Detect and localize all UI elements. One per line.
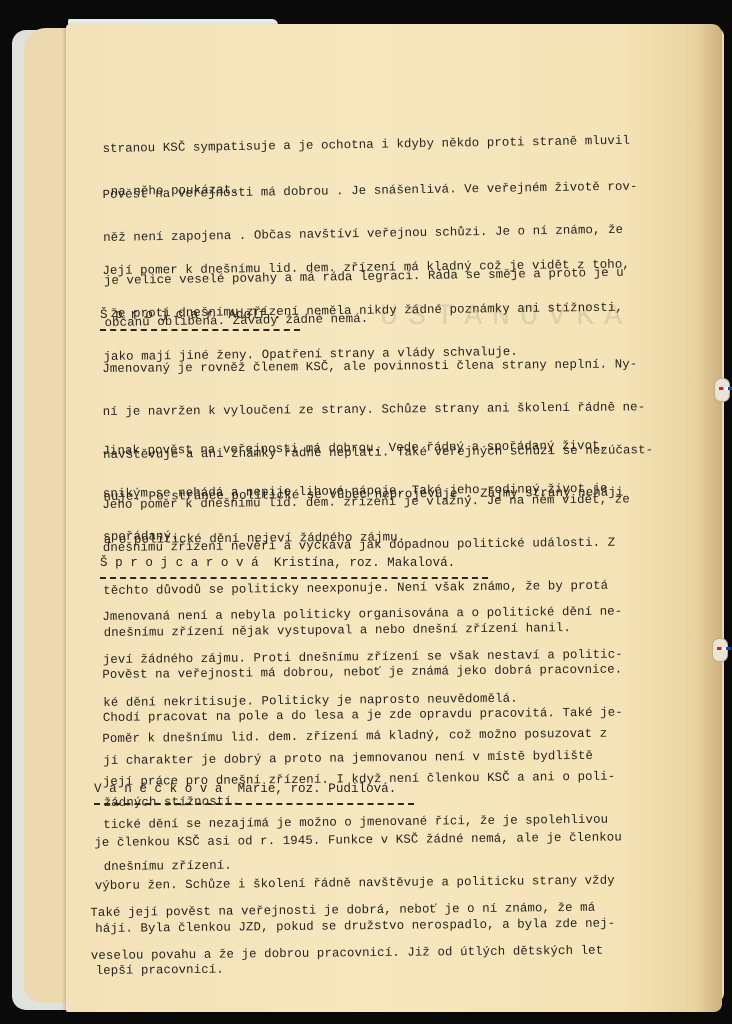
section-heading: Š p r o j c a r o v á Kristína, roz. Mak… [100,556,455,570]
text-line: Také její pověst na veřejnosti je dobrá,… [90,900,710,921]
text-line: veselou povahu a že je dobrou pracovnicí… [91,943,711,964]
text-line: Její pomer k dnešnímu lid. dem. zřízení … [102,257,722,279]
section-heading: V a n ě č k o v á Marie, roz. Pudilová. [94,782,396,796]
text-line: Poměr k dnešnímu lid. dem. zřízení má kl… [102,726,722,747]
text-line: Pověst na veřejnosti má dobrou, neboť je… [102,662,722,683]
section-3-paragraph-2: Také její pověst na veřejnosti je dobrá,… [90,872,711,978]
text-line: Jinak pověst na veřejnosti má dobrou. Ve… [102,438,722,459]
heading-underline [100,329,300,331]
text-line: Jmenovaný je rovněž členem KSČ, ale povi… [102,357,722,377]
text-line: je členkou KSČ asi od r. 1945. Funkce v … [94,830,714,851]
text-line: dnešnímu zřízení nevěří a vyčkává jak do… [103,535,723,556]
text-line: Jeho poměr k dnešnímu lid. dem. zřízení … [102,492,722,513]
text-line: Pověst na veřejnosti má dobrou . Je snáš… [102,179,722,203]
section-heading: Š p r o j c a r Adolf . [100,308,281,322]
text-line: Jmenovaná není a nebyla politicky organi… [102,604,722,625]
